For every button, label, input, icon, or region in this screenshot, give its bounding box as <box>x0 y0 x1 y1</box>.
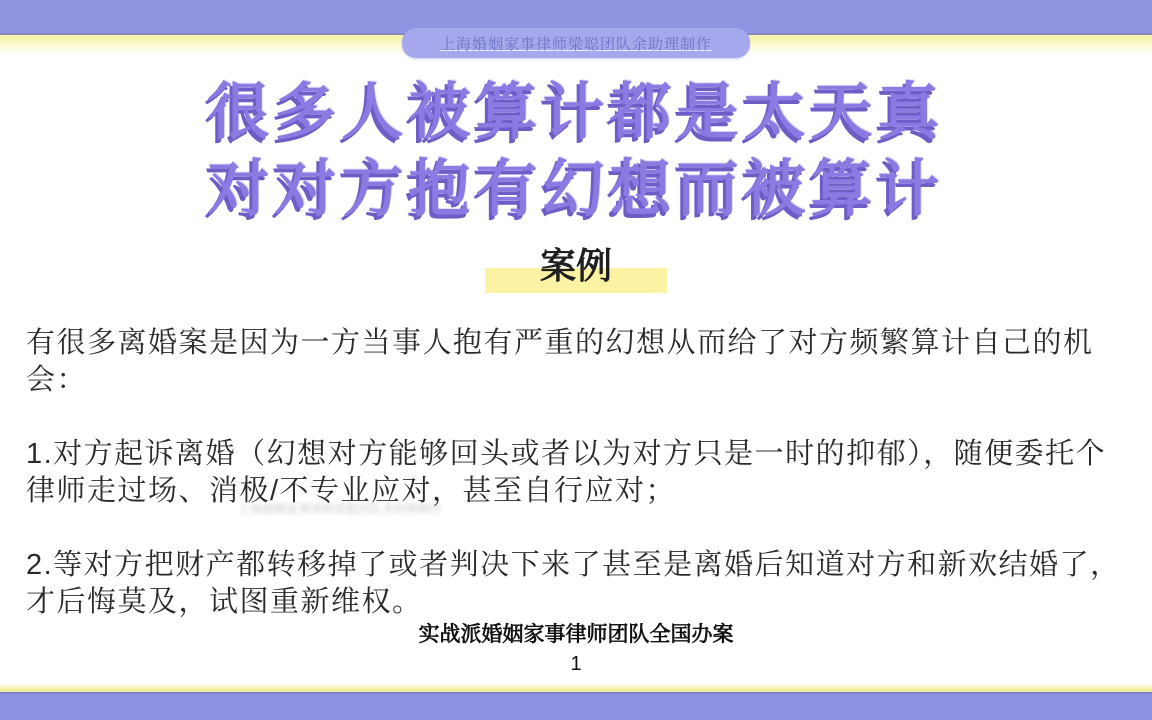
footer-tagline: 实战派婚姻家事律师团队全国办案 <box>0 618 1152 648</box>
paragraph-item-1: 1.对方起诉离婚（幻想对方能够回头或者以为对方只是一时的抑郁），随便委托个 律师… <box>26 436 1148 510</box>
footer-yellow-strip <box>0 683 1152 692</box>
slide-title: 很多人被算计都是太天真 对对方抱有幻想而被算计 <box>0 74 1152 228</box>
body-text: 有很多离婚案是因为一方当事人抱有严重的幻想从而给了对方频繁算计自己的机 会： 1… <box>26 325 1148 658</box>
footer-bar <box>0 692 1152 720</box>
page-number: 1 <box>0 653 1152 676</box>
section-label: 案例 <box>485 246 667 286</box>
slide-title-line2: 对对方抱有幻想而被算计 <box>0 151 1152 228</box>
watermark-badge-text: 上海婚姻家事律师梁聪团队余助理制作 <box>440 33 712 54</box>
presentation-slide: 上海婚姻家事律师梁聪团队余助理制作 很多人被算计都是太天真 对对方抱有幻想而被算… <box>0 0 1152 720</box>
slide-title-line1: 很多人被算计都是太天真 <box>0 74 1152 151</box>
section-label-text: 案例 <box>540 245 612 286</box>
section-label-wrap: 案例 <box>0 246 1152 286</box>
paragraph-item-2: 2.等对方把财产都转移掉了或者判决下来了甚至是离婚后知道对方和新欢结婚了， 才后… <box>26 547 1148 621</box>
watermark-badge: 上海婚姻家事律师梁聪团队余助理制作 <box>402 28 750 58</box>
paragraph-intro: 有很多离婚案是因为一方当事人抱有严重的幻想从而给了对方频繁算计自己的机 会： <box>26 325 1148 399</box>
